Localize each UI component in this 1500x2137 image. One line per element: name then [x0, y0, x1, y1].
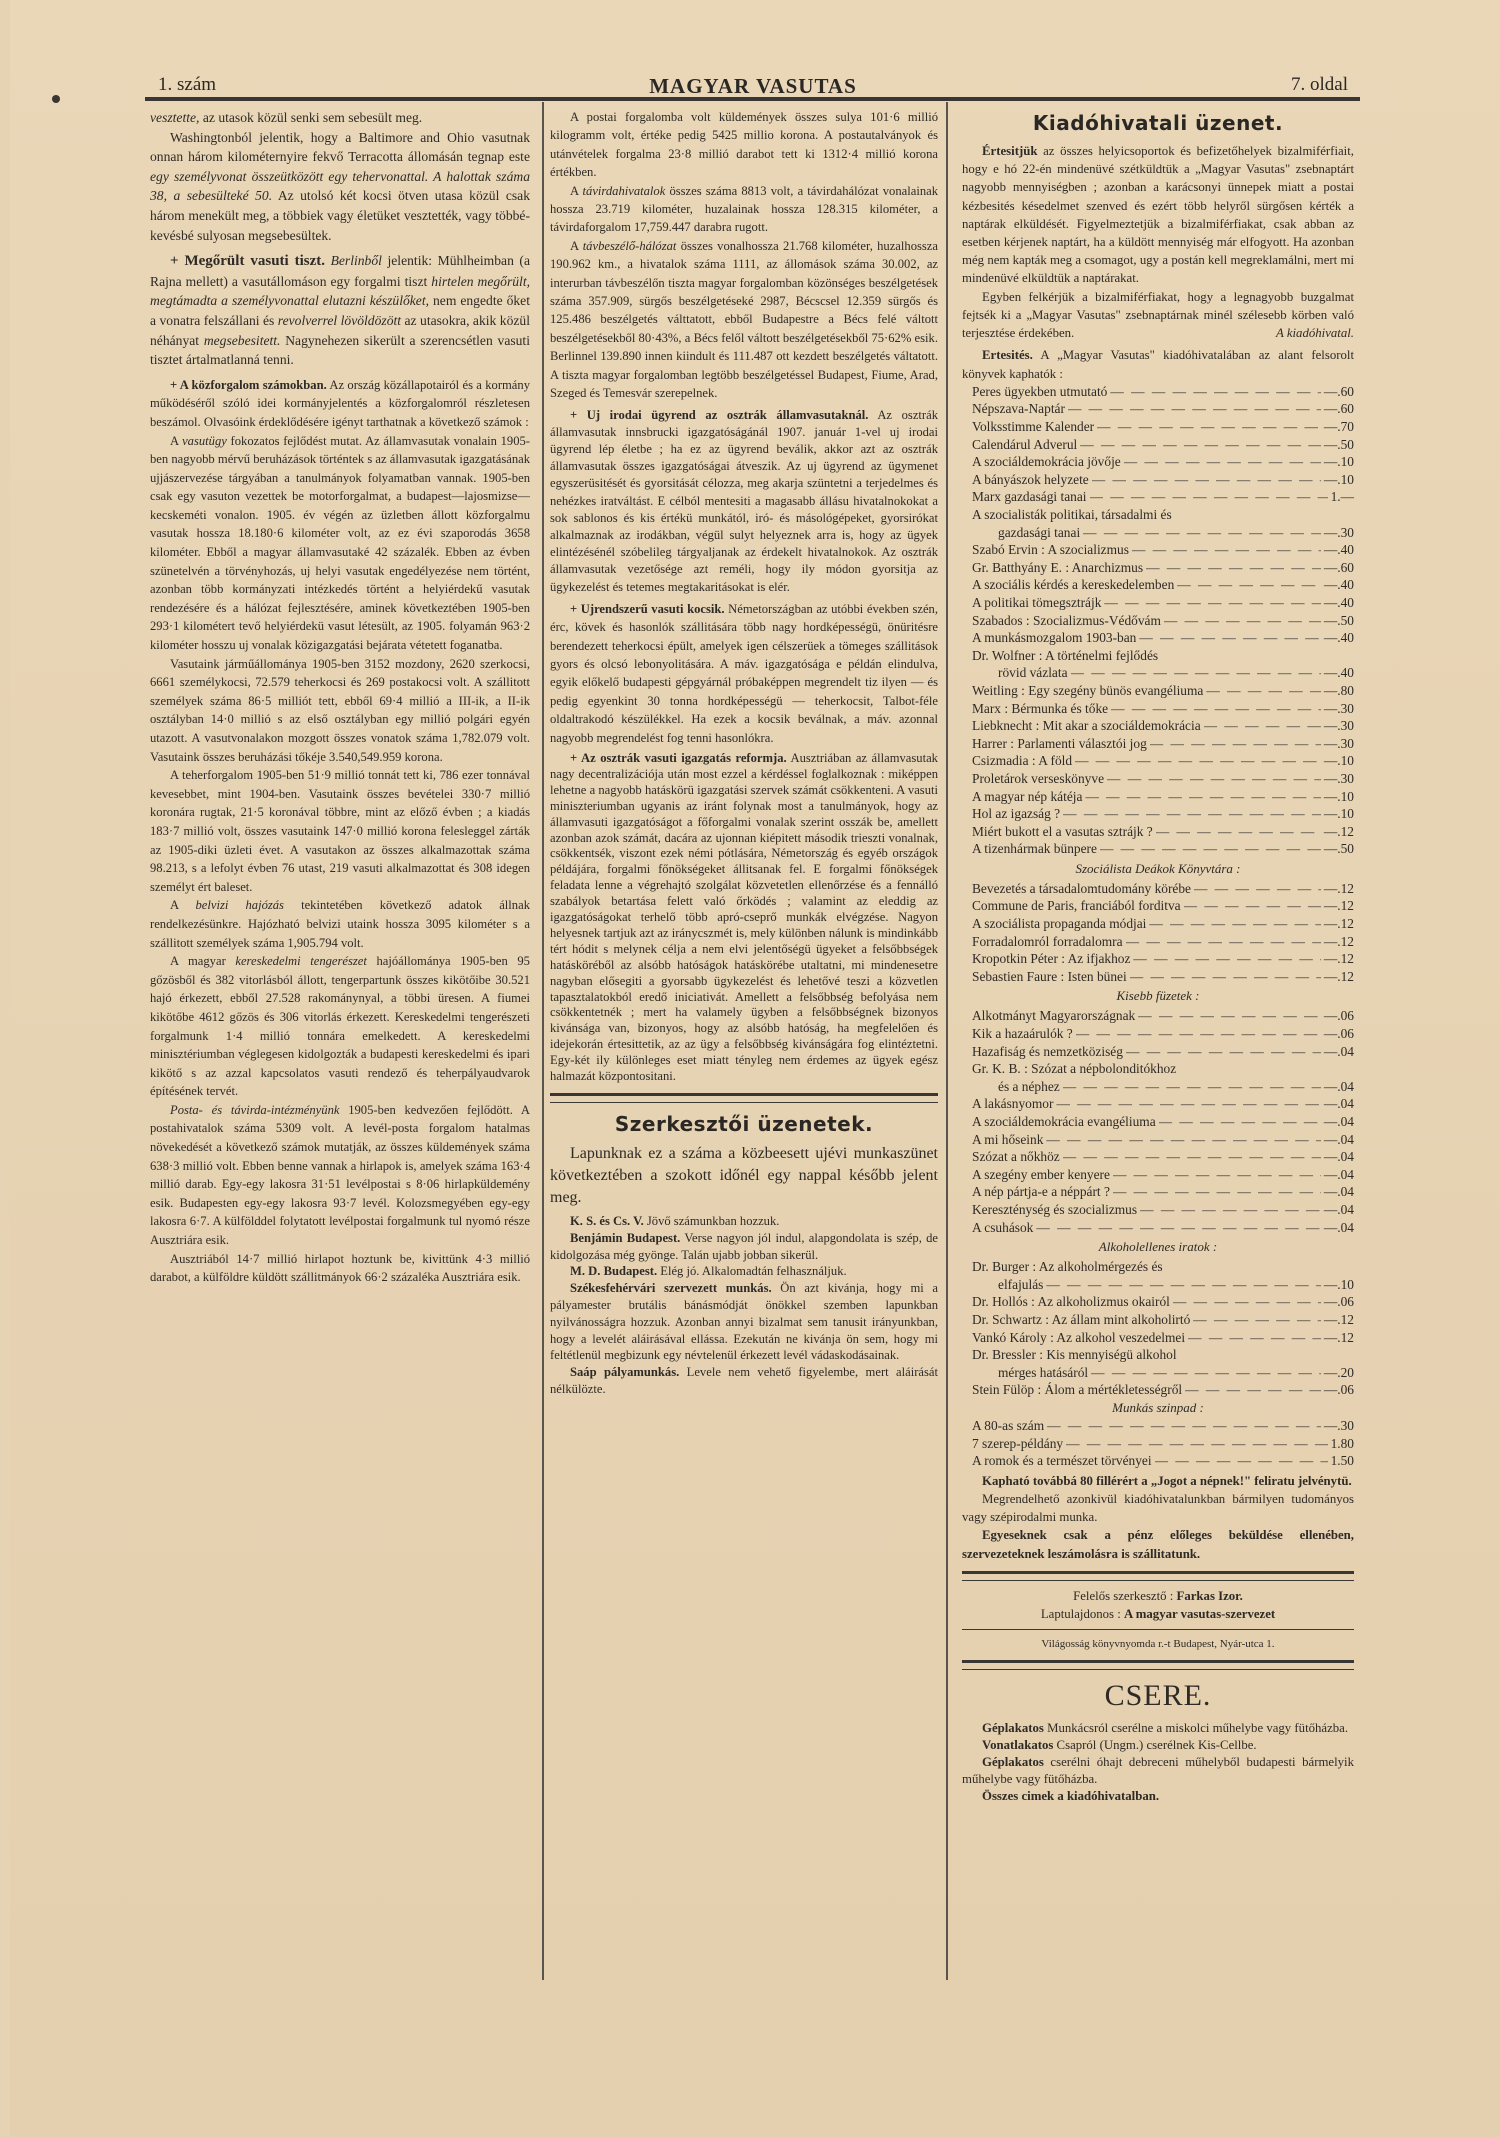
book-price: —.70 [1324, 418, 1354, 436]
book-title: mérges hatásáról [998, 1364, 1088, 1382]
book-price: —.40 [1324, 629, 1354, 647]
book-title: A magyar nép kátéja [972, 788, 1082, 806]
editor-message: K. S. és Cs. V. Jövő számunkban hozzuk. [550, 1213, 938, 1230]
book-title: Alkotmányt Magyarországnak [972, 1007, 1135, 1025]
paragraph-belvizi-hajozas: A belvizi hajózás tekintetében következő… [150, 896, 530, 952]
book-price: —.40 [1324, 576, 1354, 594]
book-list-item: Marx : Bérmunka és tőke—.30 [972, 700, 1354, 718]
paragraph-ertesitjuk: Értesitjük az összes helyicsoportok és b… [962, 142, 1354, 288]
book-title: Proletárok verseskönyve [972, 770, 1104, 788]
book-price: —.30 [1324, 770, 1354, 788]
book-price: —.06 [1324, 1381, 1354, 1399]
book-title: Harrer : Parlamenti választói jog [972, 735, 1147, 753]
leader-dashes [1177, 576, 1321, 594]
book-title: Csizmadia : A föld [972, 752, 1072, 770]
book-price: —.30 [1324, 1417, 1354, 1435]
leader-dashes [1139, 629, 1320, 647]
column-divider-2 [946, 102, 948, 1980]
book-list-item: Marx gazdasági tanai1.— [972, 488, 1354, 506]
article-baltimore-collision: Washingtonból jelentik, hogy a Baltimore… [150, 128, 530, 246]
book-list-item: Dr. Hollós : Az alkoholizmus okairól—.06 [972, 1293, 1354, 1311]
exchange-listing: Géplakatos Munkácsról cserélne a miskolc… [962, 1720, 1354, 1737]
book-price: —.04 [1324, 1078, 1354, 1096]
book-price: —.10 [1324, 805, 1354, 823]
leader-dashes [1140, 1201, 1321, 1219]
book-price: —.60 [1324, 559, 1354, 577]
book-price: —.12 [1324, 933, 1354, 951]
leader-dashes [1204, 717, 1321, 735]
book-title: Dr. Hollós : Az alkoholizmus okairól [972, 1293, 1170, 1311]
book-list-item: gazdasági tanai—.30 [972, 524, 1354, 542]
book-title: Dr. Schwartz : Az állam mint alkoholirtó [972, 1311, 1190, 1329]
book-title: A szocialisták politikai, társadalmi és [972, 506, 1172, 524]
book-title: A mi hőseink [972, 1131, 1043, 1149]
book-price: —.20 [1324, 1364, 1354, 1382]
column-2: A postai forgalomba volt küldemények öss… [550, 108, 938, 1398]
book-price: —.12 [1324, 897, 1354, 915]
article-headline: + Ujrendszerű vasuti kocsik. [570, 602, 725, 616]
book-title: Commune de Paris, franciából forditva [972, 897, 1181, 915]
leader-dashes [1185, 1381, 1321, 1399]
leader-dashes [1063, 805, 1321, 823]
book-price: —.10 [1324, 1276, 1354, 1294]
book-title: Gr. K. B. : Szózat a népbolonditókhoz [972, 1060, 1176, 1078]
book-price: —.60 [1324, 400, 1354, 418]
exchange-footer: Összes cimek a kiadóhivatalban. [962, 1788, 1354, 1805]
leader-dashes [1206, 682, 1321, 700]
leader-dashes [1080, 436, 1321, 454]
book-list-item: A szociáldemokrácia evangéliuma—.04 [972, 1113, 1354, 1131]
book-list-item: Stein Fülöp : Álom a mértékletességről—.… [972, 1381, 1354, 1399]
book-list-item: Hazafiság és nemzetköziség—.04 [972, 1043, 1354, 1061]
newspaper-title: MAGYAR VASUTAS [148, 74, 1358, 99]
leader-dashes [1126, 933, 1321, 951]
book-title: és a néphez [998, 1078, 1060, 1096]
book-price: 1.50 [1331, 1452, 1354, 1470]
book-list-item: Gr. K. B. : Szózat a népbolonditókhoz [972, 1060, 1354, 1078]
paragraph-tavbeszelo: A távbeszélő-hálózat összes vonalhossza … [550, 237, 938, 403]
book-title: Dr. Burger : Az alkoholmérgezés és [972, 1258, 1163, 1276]
book-title: A szociálista propaganda módjai [972, 915, 1146, 933]
leader-dashes [1107, 770, 1321, 788]
leader-dashes [1150, 735, 1321, 753]
book-title: Hazafiság és nemzetköziség [972, 1043, 1123, 1061]
book-list-item: Harrer : Parlamenti választói jog—.30 [972, 735, 1354, 753]
book-title: gazdasági tanai [998, 524, 1080, 542]
book-title: A nép pártja-e a néppárt ? [972, 1183, 1110, 1201]
book-list-item: Hol az igazság ?—.10 [972, 805, 1354, 823]
book-title: A szociáldemokrácia evangéliuma [972, 1113, 1156, 1131]
book-price: —.30 [1324, 735, 1354, 753]
publisher: Laptulajdonos : A magyar vasutas-szervez… [962, 1605, 1354, 1623]
article-kozforgalom: + A közforgalom számokban. Az ország köz… [150, 376, 530, 432]
book-title: Stein Fülöp : Álom a mértékletességről [972, 1381, 1182, 1399]
leader-dashes [1164, 612, 1321, 630]
book-price: —.10 [1324, 788, 1354, 806]
leader-dashes [1068, 400, 1321, 418]
section-rule [962, 1571, 1354, 1581]
book-list-item: A bányászok helyzete—.10 [972, 471, 1354, 489]
article-headline: + Uj irodai ügyrend az osztrák államvasu… [570, 408, 868, 422]
book-list-item: A szociálista propaganda módjai—.12 [972, 915, 1354, 933]
book-list-item: A romok és a természet törvényei1.50 [972, 1452, 1354, 1470]
leader-dashes [1194, 880, 1321, 898]
book-title: Kereszténység és szocializmus [972, 1201, 1137, 1219]
book-list-item: Dr. Wolfner : A történelmi fejlődés [972, 647, 1354, 665]
book-title: Bevezetés a társadalomtudomány körébe [972, 880, 1191, 898]
paragraph-postai-forgalom: A postai forgalomba volt küldemények öss… [550, 108, 938, 182]
book-list-item: Commune de Paris, franciából forditva—.1… [972, 897, 1354, 915]
book-list-item: Proletárok verseskönyve—.30 [972, 770, 1354, 788]
leader-dashes [1075, 752, 1321, 770]
section-rule [962, 1660, 1354, 1670]
book-price: —.06 [1324, 1007, 1354, 1025]
leader-dashes [1132, 541, 1321, 559]
book-list-item: A szociális kérdés a kereskedelemben—.40 [972, 576, 1354, 594]
book-list-item: A szegény ember kenyere—.04 [972, 1166, 1354, 1184]
book-list-item: Bevezetés a társadalomtudomány körébe—.1… [972, 880, 1354, 898]
book-list-item: A mi hőseink—.04 [972, 1131, 1354, 1149]
book-list-item: Peres ügyekben utmutató—.60 [972, 383, 1354, 401]
leader-dashes [1173, 1293, 1321, 1311]
paragraph-jarmuallomany: Vasutaink járműállománya 1905-ben 3152 m… [150, 655, 530, 767]
book-title: Vankó Károly : Az alkohol veszedelmei [972, 1329, 1185, 1347]
article-irodai-ugyrend: + Uj irodai ügyrend az osztrák államvasu… [550, 407, 938, 596]
category-heading: Szociálista Deákok Könyvtára : [962, 858, 1354, 880]
paragraph-jelvenytu: Kapható továbbá 80 fillérért a „Jogot a … [962, 1472, 1354, 1490]
leader-dashes [1046, 1131, 1320, 1149]
book-title: Sebastien Faure : Isten bünei [972, 968, 1127, 986]
book-price: —.30 [1324, 717, 1354, 735]
book-list-item: Miért bukott el a vasutas sztrájk ?—.12 [972, 823, 1354, 841]
book-price: —.12 [1324, 823, 1354, 841]
book-list: Dr. Burger : Az alkoholmérgezés éselfaju… [962, 1258, 1354, 1399]
book-title: Dr. Bressler : Kis mennyiségü alkohol [972, 1346, 1177, 1364]
book-title: A munkásmozgalom 1903-ban [972, 629, 1136, 647]
book-title: Volksstimme Kalender [972, 418, 1094, 436]
book-list-item: 7 szerep-példány1.80 [972, 1435, 1354, 1453]
punch-hole [52, 95, 60, 103]
paragraph-posta: Posta- és távirda-intézményünk 1905-ben … [150, 1101, 530, 1250]
leader-dashes [1092, 471, 1321, 489]
page-header: 1. szám MAGYAR VASUTAS 7. oldal [148, 74, 1358, 96]
book-list-item: Szabó Ervin : A szocializmus—.40 [972, 541, 1354, 559]
leader-dashes [1193, 1311, 1321, 1329]
book-title: Forradalomról forradalomra [972, 933, 1123, 951]
column-divider-1 [542, 102, 544, 1980]
book-title: A bányászok helyzete [972, 471, 1089, 489]
book-price: 1.80 [1331, 1435, 1354, 1453]
book-title: A lakásnyomor [972, 1095, 1053, 1113]
book-title: A szegény ember kenyere [972, 1166, 1110, 1184]
leader-dashes [1184, 897, 1321, 915]
leader-dashes [1146, 559, 1321, 577]
book-title: Hol az igazság ? [972, 805, 1060, 823]
book-title: Peres ügyekben utmutató [972, 383, 1107, 401]
book-list-item: Szózat a nőkhöz—.04 [972, 1148, 1354, 1166]
column-1: vesztette, az utasok közül senki sem seb… [150, 108, 530, 1287]
section-title-szerkesztoi-uzenetek: Szerkesztői üzenetek. [550, 1109, 938, 1139]
book-price: —.10 [1324, 471, 1354, 489]
book-price: —.50 [1324, 436, 1354, 454]
book-list-item: A lakásnyomor—.04 [972, 1095, 1354, 1113]
category-heading: Munkás szinpad : [962, 1399, 1354, 1417]
book-list-item: A 80-as szám—.30 [972, 1417, 1354, 1435]
book-title: Weitling : Egy szegény bünös evangéliuma [972, 682, 1203, 700]
book-price: —.40 [1324, 664, 1354, 682]
responsible-editor: Felelős szerkesztő : Farkas Izor. [962, 1587, 1354, 1605]
book-list: A 80-as szám—.307 szerep-példány1.80A ro… [962, 1417, 1354, 1470]
book-price: —.12 [1324, 968, 1354, 986]
book-title: A politikai tömegsztrájk [972, 594, 1101, 612]
book-list-item: Calendárul Adverul—.50 [972, 436, 1354, 454]
book-list-item: Vankó Károly : Az alkohol veszedelmei—.1… [972, 1329, 1354, 1347]
editor-message: Saáp pályamunkás. Levele nem vehető figy… [550, 1364, 938, 1398]
book-list-item: Liebknecht : Mit akar a szociáldemokráci… [972, 717, 1354, 735]
leader-dashes [1085, 788, 1320, 806]
leader-dashes [1159, 1113, 1321, 1131]
book-price: —.30 [1324, 700, 1354, 718]
book-title: Kropotkin Péter : Az ifjakhoz [972, 950, 1130, 968]
article-headline: + Megőrült vasuti tiszt. [170, 253, 325, 269]
section-title-kiadohivatali-uzenet: Kiadóhivatali üzenet. [962, 108, 1354, 138]
column-3: Kiadóhivatali üzenet. Értesitjük az össz… [962, 108, 1354, 1805]
book-price: —.50 [1324, 840, 1354, 858]
book-price: —.04 [1324, 1043, 1354, 1061]
book-price: —.12 [1324, 950, 1354, 968]
book-price: —.12 [1324, 915, 1354, 933]
leader-dashes [1046, 1276, 1321, 1294]
printer-imprint: Világosság könyvnyomda r.-t Budapest, Ny… [962, 1636, 1354, 1652]
book-price: —.04 [1324, 1219, 1354, 1237]
book-title: A csuhások [972, 1219, 1033, 1237]
book-list-item: elfajulás—.10 [972, 1276, 1354, 1294]
book-list-item: A szociáldemokrácia jövője—.10 [972, 453, 1354, 471]
paragraph-tengereszet: A magyar kereskedelmi tengerészet hajóál… [150, 952, 530, 1101]
book-title: Szózat a nőkhöz [972, 1148, 1060, 1166]
editor-intro: Lapunknak ez a száma a közbeesett ujévi … [550, 1143, 938, 1209]
book-price: —.80 [1324, 682, 1354, 700]
leader-dashes [1113, 1166, 1321, 1184]
leader-dashes [1076, 1025, 1321, 1043]
book-list-item: Csizmadia : A föld—.10 [972, 752, 1354, 770]
leader-dashes [1063, 1148, 1321, 1166]
section-rule [550, 1093, 938, 1103]
page-number: 7. oldal [1291, 74, 1348, 96]
book-price: —.04 [1324, 1131, 1354, 1149]
article-headline: + A közforgalom számokban. [170, 378, 327, 392]
book-list-item: és a néphez—.04 [972, 1078, 1354, 1096]
leader-dashes [1063, 1078, 1321, 1096]
book-title: A szociáldemokrácia jövője [972, 453, 1121, 471]
exchange-listing: Géplakatos cserélni óhajt debreceni műhe… [962, 1754, 1354, 1788]
leader-dashes [1104, 594, 1320, 612]
book-list: Bevezetés a társadalomtudomány körébe—.1… [962, 880, 1354, 986]
book-list: Peres ügyekben utmutató—.60Népszava-Napt… [962, 383, 1354, 858]
leader-dashes [1090, 488, 1328, 506]
book-list-item: A munkásmozgalom 1903-ban—.40 [972, 629, 1354, 647]
book-price: —.10 [1324, 453, 1354, 471]
book-price: —.50 [1324, 612, 1354, 630]
leader-dashes [1113, 1183, 1321, 1201]
paragraph-egyeseknek: Egyeseknek csak a pénz előleges beküldés… [962, 1526, 1354, 1562]
exchange-listing: Vonatlakatos Csapról (Ungm.) cserélnek K… [962, 1737, 1354, 1754]
book-list-item: Szabados : Szocializmus-Védővám—.50 [972, 612, 1354, 630]
paragraph-hirlapok: Ausztriából 14·7 millió hirlapot hoztunk… [150, 1250, 530, 1287]
book-price: —.04 [1324, 1183, 1354, 1201]
book-list-item: Népszava-Naptár—.60 [972, 400, 1354, 418]
leader-dashes [1111, 700, 1321, 718]
category-heading: Kisebb füzetek : [962, 985, 1354, 1007]
editor-message: Benjámin Budapest. Verse nagyon jól indu… [550, 1230, 938, 1264]
leader-dashes [1047, 1417, 1321, 1435]
book-title: rövid vázlata [998, 664, 1068, 682]
book-title: Gr. Batthyány E. : Anarchizmus [972, 559, 1143, 577]
book-list-item: mérges hatásáról—.20 [972, 1364, 1354, 1382]
article-ujrendszeru-kocsik: + Ujrendszerű vasuti kocsik. Németország… [550, 600, 938, 747]
paragraph-vasutugy: A vasutügy fokozatos fejlődést mutat. Az… [150, 432, 530, 655]
article-megorult-vasuti-tiszt: + Megőrült vasuti tiszt. Berlinből jelen… [150, 251, 530, 370]
book-list-item: Forradalomról forradalomra—.12 [972, 933, 1354, 951]
leader-dashes [1155, 1452, 1328, 1470]
book-price: —.06 [1324, 1025, 1354, 1043]
leader-dashes [1124, 453, 1321, 471]
book-price: —.40 [1324, 541, 1354, 559]
leader-dashes [1149, 915, 1320, 933]
divider [962, 1629, 1354, 1630]
book-price: —.04 [1324, 1201, 1354, 1219]
book-price: —.04 [1324, 1166, 1354, 1184]
leader-dashes [1156, 823, 1321, 841]
leader-dashes [1091, 1364, 1321, 1382]
book-title: 7 szerep-példány [972, 1435, 1063, 1453]
book-price: —.04 [1324, 1148, 1354, 1166]
book-title: Marx : Bérmunka és tőke [972, 700, 1108, 718]
book-price: —.60 [1324, 383, 1354, 401]
paragraph-ertesites: Ertesités. A „Magyar Vasutas" kiadóhivat… [962, 346, 1354, 382]
book-list-item: A politikai tömegsztrájk—.40 [972, 594, 1354, 612]
book-title: A tizenhármak bünpere [972, 840, 1097, 858]
book-list-item: Gr. Batthyány E. : Anarchizmus—.60 [972, 559, 1354, 577]
leader-dashes [1100, 840, 1321, 858]
book-title: Kik a hazaárulók ? [972, 1025, 1073, 1043]
book-title: Marx gazdasági tanai [972, 488, 1087, 506]
book-list-item: Kropotkin Péter : Az ifjakhoz—.12 [972, 950, 1354, 968]
book-price: —.10 [1324, 752, 1354, 770]
book-list-item: Weitling : Egy szegény bünös evangéliuma… [972, 682, 1354, 700]
book-list-item: A magyar nép kátéja—.10 [972, 788, 1354, 806]
header-rule [145, 97, 1360, 101]
section-title-csere: CSERE. [962, 1676, 1354, 1716]
book-price: —.04 [1324, 1113, 1354, 1131]
book-list-item: Kereszténység és szocializmus—.04 [972, 1201, 1354, 1219]
book-list-item: Sebastien Faure : Isten bünei—.12 [972, 968, 1354, 986]
book-list-item: A csuhások—.04 [972, 1219, 1354, 1237]
editor-message: M. D. Budapest. Elég jó. Alkalomadtán fe… [550, 1263, 938, 1280]
leader-dashes [1066, 1435, 1327, 1453]
book-title: Szabó Ervin : A szocializmus [972, 541, 1129, 559]
leader-dashes [1056, 1095, 1320, 1113]
book-list-item: Dr. Burger : Az alkoholmérgezés és [972, 1258, 1354, 1276]
leader-dashes [1083, 524, 1321, 542]
leader-dashes [1036, 1219, 1320, 1237]
book-price: —.06 [1324, 1293, 1354, 1311]
book-list-item: Dr. Schwartz : Az állam mint alkoholirtó… [972, 1311, 1354, 1329]
leader-dashes [1130, 968, 1321, 986]
book-list: Alkotmányt Magyarországnak—.06Kik a haza… [962, 1007, 1354, 1236]
leader-dashes [1071, 664, 1321, 682]
book-title: Népszava-Naptár [972, 400, 1065, 418]
book-title: elfajulás [998, 1276, 1043, 1294]
book-list-item: Alkotmányt Magyarországnak—.06 [972, 1007, 1354, 1025]
editor-message: Székesfehérvári szervezett munkás. Ön az… [550, 1280, 938, 1364]
book-title: Calendárul Adverul [972, 436, 1077, 454]
article-headline: + Az osztrák vasuti igazgatás reformja. [570, 751, 787, 765]
paragraph-teherforgalom: A teherforgalom 1905-ben 51·9 millió ton… [150, 766, 530, 896]
book-list-item: Volksstimme Kalender—.70 [972, 418, 1354, 436]
book-list-item: A nép pártja-e a néppárt ?—.04 [972, 1183, 1354, 1201]
book-title: Szabados : Szocializmus-Védővám [972, 612, 1161, 630]
book-title: Miért bukott el a vasutas sztrájk ? [972, 823, 1153, 841]
book-list-item: Kik a hazaárulók ?—.06 [972, 1025, 1354, 1043]
leader-dashes [1133, 950, 1320, 968]
book-title: A szociális kérdés a kereskedelemben [972, 576, 1174, 594]
book-title: A 80-as szám [972, 1417, 1044, 1435]
leader-dashes [1097, 418, 1321, 436]
book-price: —.12 [1324, 880, 1354, 898]
book-title: Liebknecht : Mit akar a szociáldemokráci… [972, 717, 1201, 735]
book-list-item: A tizenhármak bünpere—.50 [972, 840, 1354, 858]
paragraph-tavirda: A távirdahivatalok összes száma 8813 vol… [550, 182, 938, 237]
book-list-item: rövid vázlata—.40 [972, 664, 1354, 682]
leader-dashes [1126, 1043, 1321, 1061]
book-price: —.12 [1324, 1329, 1354, 1347]
book-price: 1.— [1331, 488, 1354, 506]
article-continuation: vesztette, az utasok közül senki sem seb… [150, 108, 530, 128]
book-price: —.04 [1324, 1095, 1354, 1113]
book-price: —.12 [1324, 1311, 1354, 1329]
book-list-item: Dr. Bressler : Kis mennyiségü alkohol [972, 1346, 1354, 1364]
leader-dashes [1188, 1329, 1321, 1347]
leader-dashes [1110, 383, 1320, 401]
book-list-item: A szocialisták politikai, társadalmi és [972, 506, 1354, 524]
book-title: Dr. Wolfner : A történelmi fejlődés [972, 647, 1158, 665]
leader-dashes [1138, 1007, 1321, 1025]
book-title: A romok és a természet törvényei [972, 1452, 1152, 1470]
paragraph-megrendelheto: Megrendelhető azonkivül kiadóhivatalunkb… [962, 1490, 1354, 1526]
category-heading: Alkoholellenes iratok : [962, 1236, 1354, 1258]
book-price: —.40 [1324, 594, 1354, 612]
article-osztrak-reform: + Az osztrák vasuti igazgatás reformja. … [550, 751, 938, 1085]
book-price: —.30 [1324, 524, 1354, 542]
